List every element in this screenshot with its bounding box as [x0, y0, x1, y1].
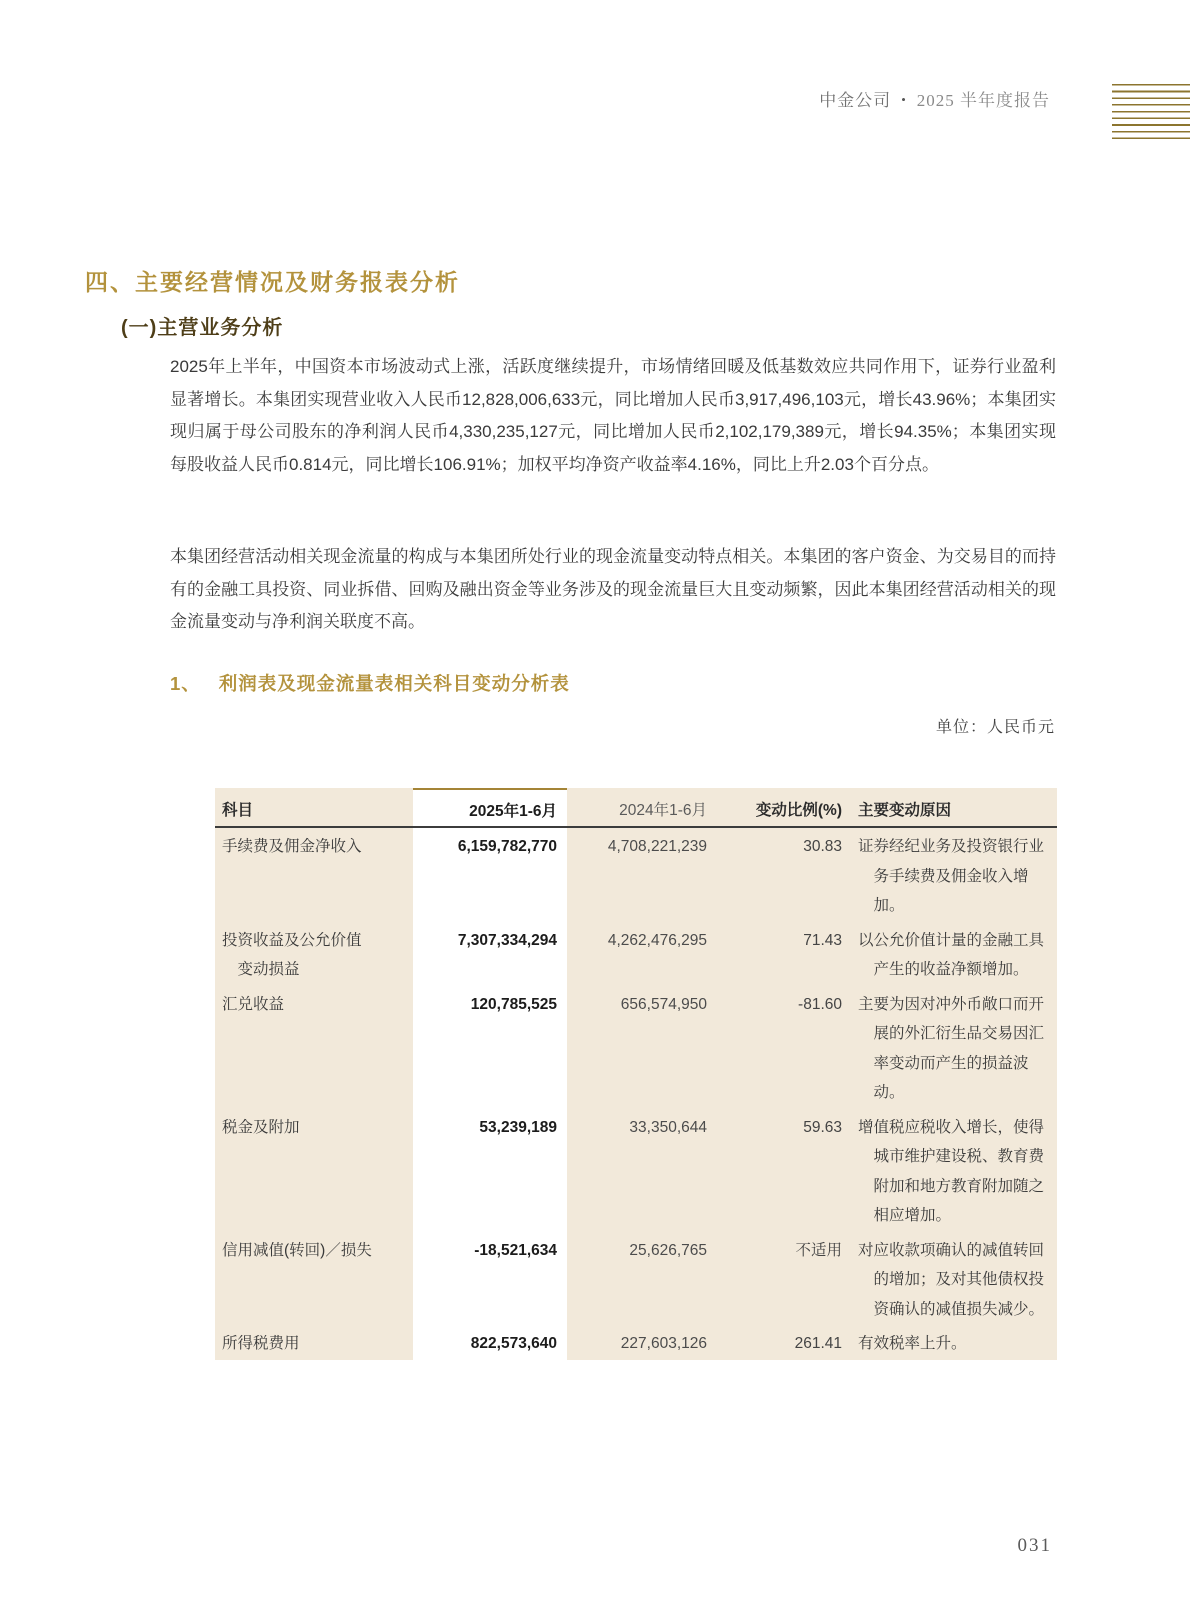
row-item: 所得税费用	[215, 1325, 413, 1360]
table-row: 税金及附加 53,239,189 33,350,644 59.63 增值税应税收…	[215, 1109, 1057, 1232]
row-reason: 增值税应税收入增长，使得城市维护建设税、教育费附加和地方教育附加随之相应增加。	[848, 1109, 1057, 1232]
report-title: 2025 半年度报告	[917, 91, 1050, 110]
table-row: 投资收益及公允价值变动损益 7,307,334,294 4,262,476,29…	[215, 922, 1057, 986]
subsection-title: (一)主营业务分析	[121, 311, 283, 340]
row-value-2025: 822,573,640	[413, 1325, 567, 1360]
col-header-2025: 2025年1-6月	[413, 789, 567, 827]
section-title: 四、主要经营情况及财务报表分析	[85, 264, 460, 297]
row-value-2024: 4,708,221,239	[567, 827, 715, 922]
row-value-2024: 4,262,476,295	[567, 922, 715, 986]
table-row: 信用减值(转回)／损失 -18,521,634 25,626,765 不适用 对…	[215, 1232, 1057, 1326]
row-value-2025: 53,239,189	[413, 1109, 567, 1232]
table-row: 手续费及佣金净收入 6,159,782,770 4,708,221,239 30…	[215, 827, 1057, 922]
row-value-2024: 25,626,765	[567, 1232, 715, 1326]
decorative-stripes-icon	[1112, 84, 1190, 141]
col-header-change-pct: 变动比例(%)	[715, 789, 848, 827]
bullet-separator-icon: •	[901, 92, 907, 107]
row-reason: 证券经纪业务及投资银行业务手续费及佣金收入增加。	[848, 827, 1057, 922]
table-header-row: 科目 2025年1-6月 2024年1-6月 变动比例(%) 主要变动原因	[215, 789, 1057, 827]
company-name: 中金公司	[819, 91, 891, 110]
row-change-pct: 不适用	[715, 1232, 848, 1326]
row-value-2024: 227,603,126	[567, 1325, 715, 1360]
row-reason: 以公允价值计量的金融工具产生的收益净额增加。	[848, 922, 1057, 986]
table-section-heading: 1、利润表及现金流量表相关科目变动分析表	[170, 670, 570, 696]
paragraph-cashflow-note: 本集团经营活动相关现金流量的构成与本集团所处行业的现金流量变动特点相关。本集团的…	[170, 541, 1056, 639]
paragraph-business-overview: 2025年上半年，中国资本市场波动式上涨，活跃度继续提升，市场情绪回暖及低基数效…	[170, 351, 1056, 481]
table-section-title: 利润表及现金流量表相关科目变动分析表	[219, 673, 570, 694]
row-change-pct: 59.63	[715, 1109, 848, 1232]
running-header: 中金公司•2025 半年度报告	[819, 86, 1050, 111]
row-value-2025: 7,307,334,294	[413, 922, 567, 986]
row-value-2025: -18,521,634	[413, 1232, 567, 1326]
row-item: 汇兑收益	[215, 986, 413, 1109]
table-row: 所得税费用 822,573,640 227,603,126 261.41 有效税…	[215, 1325, 1057, 1360]
pnl-cashflow-change-table: 科目 2025年1-6月 2024年1-6月 变动比例(%) 主要变动原因 手续…	[215, 788, 1057, 1360]
row-value-2024: 656,574,950	[567, 986, 715, 1109]
col-header-item: 科目	[215, 789, 413, 827]
row-value-2025: 120,785,525	[413, 986, 567, 1109]
row-change-pct: 261.41	[715, 1325, 848, 1360]
row-change-pct: 71.43	[715, 922, 848, 986]
row-reason: 有效税率上升。	[848, 1325, 1057, 1360]
row-item: 信用减值(转回)／损失	[215, 1232, 413, 1326]
row-change-pct: -81.60	[715, 986, 848, 1109]
row-change-pct: 30.83	[715, 827, 848, 922]
row-item: 税金及附加	[215, 1109, 413, 1232]
table-section-number: 1、	[170, 673, 201, 694]
row-value-2025: 6,159,782,770	[413, 827, 567, 922]
col-header-2024: 2024年1-6月	[567, 789, 715, 827]
col-header-reason: 主要变动原因	[848, 789, 1057, 827]
row-reason: 对应收款项确认的减值转回的增加；及对其他债权投资确认的减值损失减少。	[848, 1232, 1057, 1326]
report-page: 中金公司•2025 半年度报告 四、主要经营情况及财务报表分析 (一)主营业务分…	[0, 0, 1190, 1615]
unit-label: 单位：人民币元	[936, 714, 1055, 737]
row-item: 手续费及佣金净收入	[215, 827, 413, 922]
row-item: 投资收益及公允价值变动损益	[215, 922, 413, 986]
row-reason: 主要为因对冲外币敞口而开展的外汇衍生品交易因汇率变动而产生的损益波动。	[848, 986, 1057, 1109]
page-number: 031	[1018, 1535, 1053, 1557]
table-row: 汇兑收益 120,785,525 656,574,950 -81.60 主要为因…	[215, 986, 1057, 1109]
row-value-2024: 33,350,644	[567, 1109, 715, 1232]
